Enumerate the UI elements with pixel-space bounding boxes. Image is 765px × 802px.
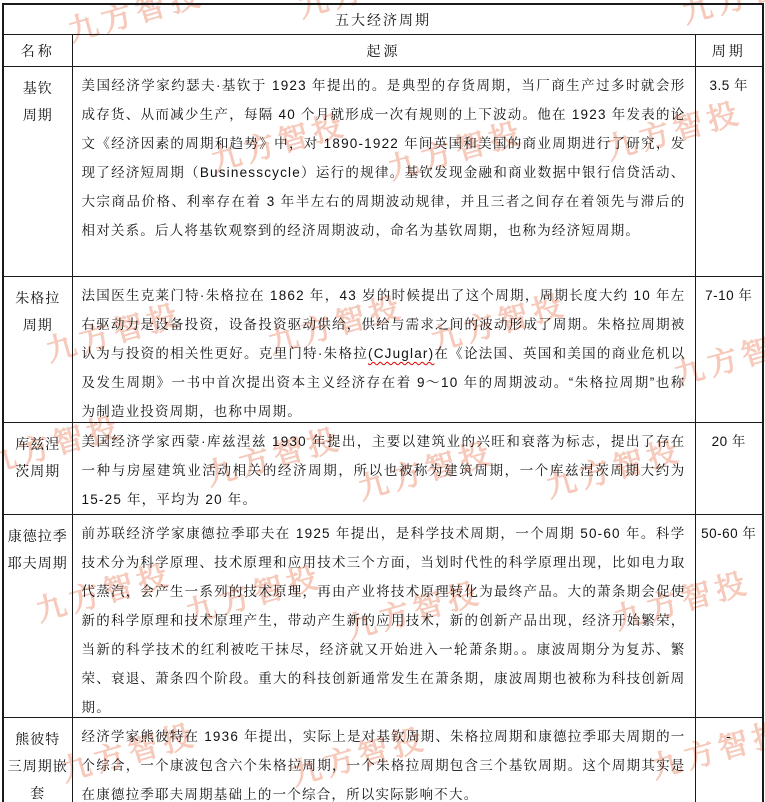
cycle-name-line: 朱格拉 <box>5 285 71 312</box>
origin-text-segment: 经济学家熊彼特在 1936 年提出，实际上是对基钦周期、朱格拉周期和康德拉季耶夫… <box>82 729 686 802</box>
cycle-origin-cell: 美国经济学家约瑟夫·基钦于 1923 年提出的。是典型的存货周期，当厂商生产过多… <box>72 67 695 277</box>
cycle-period-cell: 7-10 年 <box>695 277 763 423</box>
cycle-row: 基钦周期 美国经济学家约瑟夫·基钦于 1923 年提出的。是典型的存货周期，当厂… <box>3 67 763 277</box>
cycle-name-line: 熊彼特 <box>5 726 71 753</box>
cycle-name-cell: 熊彼特三周期嵌套 <box>3 718 72 802</box>
cycle-period-value: 7-10 年 <box>697 286 762 306</box>
cycle-origin-cell: 法国医生克莱门特·朱格拉在 1862 年，43 岁的时候提出了这个周期，周期长度… <box>72 277 695 423</box>
table-title-row: 五大经济周期 <box>3 4 763 35</box>
cycle-period-value: 50-60 年 <box>697 524 762 544</box>
column-header-name: 名称 <box>3 35 72 67</box>
cycle-origin-cell: 经济学家熊彼特在 1936 年提出，实际上是对基钦周期、朱格拉周期和康德拉季耶夫… <box>72 718 695 802</box>
column-header-period: 周期 <box>695 35 763 67</box>
column-header-origin: 起源 <box>72 35 695 67</box>
cycle-row: 库兹涅茨周期 美国经济学家西蒙·库兹涅兹 1930 年提出，主要以建筑业的兴旺和… <box>3 423 763 515</box>
cycle-name-line: 周期 <box>5 102 71 129</box>
cycle-origin-text: 法国医生克莱门特·朱格拉在 1862 年，43 岁的时候提出了这个周期，周期长度… <box>82 281 686 421</box>
cycle-period-cell: - <box>695 718 763 802</box>
economic-cycles-table: 五大经济周期 名称 起源 周期 基钦周期 美国经济学家约瑟夫·基钦于 1923 … <box>2 3 764 802</box>
cycle-name-cell: 基钦周期 <box>3 67 72 277</box>
cycle-origin-text: 美国经济学家约瑟夫·基钦于 1923 年提出的。是典型的存货周期，当厂商生产过多… <box>82 71 686 245</box>
cycle-period-cell: 20 年 <box>695 423 763 515</box>
table-header-row: 名称 起源 周期 <box>3 35 763 67</box>
cycle-name-line: 康德拉季 <box>5 523 71 550</box>
cycle-name-cell: 康德拉季耶夫周期 <box>3 515 72 718</box>
cycle-origin-cell: 前苏联经济学家康德拉季耶夫在 1925 年提出，是科学技术周期，一个周期 50-… <box>72 515 695 718</box>
origin-text-segment: 美国经济学家约瑟夫·基钦于 1923 年提出的。是典型的存货周期，当厂商生产过多… <box>82 78 686 238</box>
cycle-name-line: 三周期嵌套 <box>5 753 71 802</box>
cycle-row: 朱格拉周期 法国医生克莱门特·朱格拉在 1862 年，43 岁的时候提出了这个周… <box>3 277 763 423</box>
cycle-period-value: 20 年 <box>697 432 762 452</box>
cycle-name-line: 基钦 <box>5 75 71 102</box>
table-title: 五大经济周期 <box>3 4 763 35</box>
cycle-row: 熊彼特三周期嵌套 经济学家熊彼特在 1936 年提出，实际上是对基钦周期、朱格拉… <box>3 718 763 802</box>
cycle-origin-text: 前苏联经济学家康德拉季耶夫在 1925 年提出，是科学技术周期，一个周期 50-… <box>82 519 686 716</box>
cycle-name-line: 耶夫周期 <box>5 550 71 577</box>
misspelled-word: (CJuglar) <box>368 346 434 361</box>
cycle-period-cell: 3.5 年 <box>695 67 763 277</box>
cycle-origin-text: 经济学家熊彼特在 1936 年提出，实际上是对基钦周期、朱格拉周期和康德拉季耶夫… <box>82 722 686 802</box>
cycle-origin-cell: 美国经济学家西蒙·库兹涅兹 1930 年提出，主要以建筑业的兴旺和衰落为标志，提… <box>72 423 695 515</box>
cycle-name-line: 库兹涅 <box>5 431 71 458</box>
cycle-period-value: - <box>697 727 762 747</box>
cycle-name-line: 周期 <box>5 312 71 339</box>
cycle-origin-text: 美国经济学家西蒙·库兹涅兹 1930 年提出，主要以建筑业的兴旺和衰落为标志，提… <box>82 427 686 514</box>
origin-text-segment: 美国经济学家西蒙·库兹涅兹 1930 年提出，主要以建筑业的兴旺和衰落为标志，提… <box>82 434 686 507</box>
cycle-period-cell: 50-60 年 <box>695 515 763 718</box>
cycle-name-cell: 库兹涅茨周期 <box>3 423 72 515</box>
cycle-name-cell: 朱格拉周期 <box>3 277 72 423</box>
table-body: 基钦周期 美国经济学家约瑟夫·基钦于 1923 年提出的。是典型的存货周期，当厂… <box>3 67 763 802</box>
origin-text-segment: 前苏联经济学家康德拉季耶夫在 1925 年提出，是科学技术周期，一个周期 50-… <box>82 526 686 715</box>
cycle-row: 康德拉季耶夫周期 前苏联经济学家康德拉季耶夫在 1925 年提出，是科学技术周期… <box>3 515 763 718</box>
cycle-period-value: 3.5 年 <box>697 76 762 96</box>
cycle-name-line: 茨周期 <box>5 458 71 485</box>
